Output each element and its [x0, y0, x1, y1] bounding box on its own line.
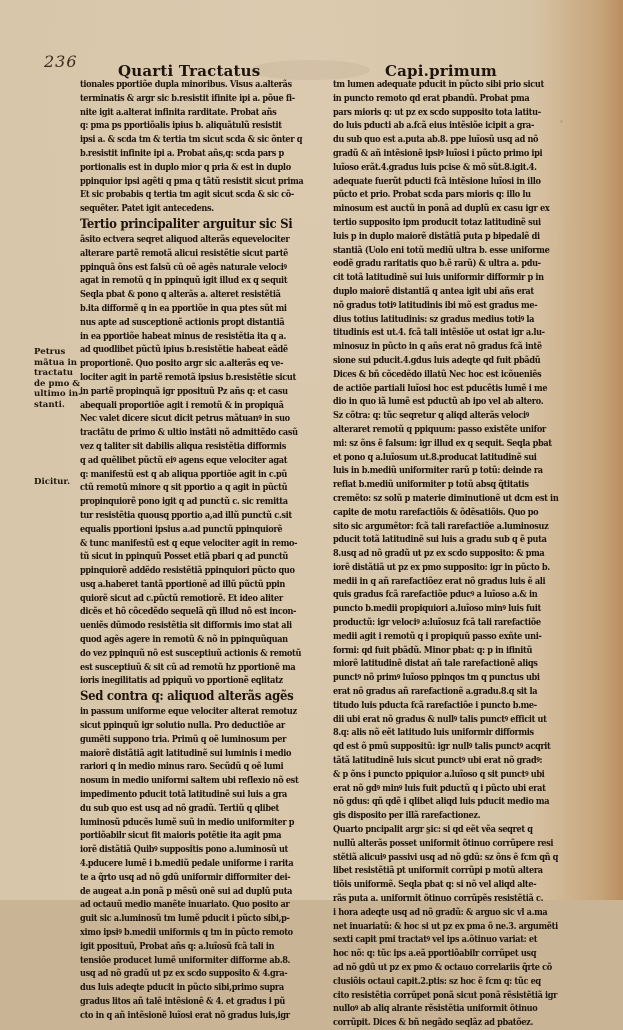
text-line: mi: sz õns ẽ falsum: igr illud ex q sequ… [333, 437, 573, 451]
text-line: miorẽ latitudinẽ distat añ tale rarefact… [333, 657, 573, 671]
text-line: b.ita difformẽ q in ea pportiõe in qua p… [80, 302, 318, 316]
text-line: nullũ alterãs posset uniformit õtinuo co… [333, 837, 573, 851]
text-line: q: pma ps pportiõalis ipius b. aliquãtul… [80, 119, 318, 133]
text-line: puncto b.medii propiquiori a.luĩoso minꝰ… [333, 602, 573, 616]
section-heading: Sed contra q: aliquod alterãs agẽs [80, 688, 318, 705]
text-line: Dices & bñ cõcedẽdo illatũ Nec hoc est i… [333, 368, 573, 382]
text-line: productũ: igr velociꝰ a:luĩosuz fcã tali… [333, 616, 573, 630]
text-line: adequate fuerũt pducti fcã intẽsione luĩ… [333, 175, 573, 189]
text-line: te a q̃rto usq ad nõ gdũ uniformir diffo… [80, 871, 318, 885]
text-line: est susceptiuũ & sit cũ ad remotũ hz ppo… [80, 661, 318, 675]
text-line: equalis pportioni ipsius a.ad punctũ ppi… [80, 523, 318, 537]
text-line: luis in b.mediũ uniformiter rarũ p totũ:… [333, 464, 573, 478]
text-line: minosuz in pũcto in q añs erat nõ gradus… [333, 340, 573, 354]
text-line: propinquiorẽ pono igit q ad punctũ c. si… [80, 495, 318, 509]
text-line: nus apte ad susceptionẽ actionis propt d… [80, 316, 318, 330]
text-line: capite de motu rarefactiõis & õdẽsatiõis… [333, 506, 573, 520]
text-line: tãtã latitudinẽ luis sicut punctꝰ ubi er… [333, 754, 573, 768]
text-line: ctũ remotũ minore q sit pportio a q agit… [80, 481, 318, 495]
text-line: cremẽto: sz solũ p materie diminutionẽ u… [333, 492, 573, 506]
text-line: titudo luis pducta fcã rarefactiõe i pun… [333, 699, 573, 713]
right-text-column: tm lumen adequate pducit in pũcto sibi p… [333, 78, 573, 900]
text-line: tũ sicut in ppinquũ Posset etiã pbari q … [80, 550, 318, 564]
text-line: ppinquã õns est falsũ cũ oẽ agẽs natural… [80, 261, 318, 275]
text-line: in ea pportiõe habeat minus de resistẽti… [80, 330, 318, 344]
text-line: et pono q a.luĩosum ut.8.producat latitu… [333, 451, 573, 465]
margin-note-line: de pmo & [34, 379, 82, 390]
text-line: alterare partẽ remotã alicui resistẽtie … [80, 247, 318, 261]
text-line: ppinquiorẽ addẽdo resistẽtiã ppinquiori … [80, 564, 318, 578]
text-line: sito sic argumẽtor: fcã tali rarefactiõe… [333, 520, 573, 534]
text-line: dio in quo iã lumẽ est pductũ ab ipo vel… [333, 395, 573, 409]
folio-number: 236 [44, 52, 78, 71]
text-line: portiõabilr sicut fit maioris potẽtie it… [80, 829, 318, 843]
text-line: de actiõe partiali luĩosi hoc est pducẽt… [333, 382, 573, 396]
text-line: titudinis est ut.4. fcã tali intẽsiõe ut… [333, 326, 573, 340]
text-line: ad quodlibet pũctũ ipius b.resistẽtie ha… [80, 343, 318, 357]
text-line: rãs puta a. uniformit õtinuo corrũpẽs re… [333, 892, 573, 900]
scanned-book-page: 236 Quarti Tractatus Capi.primum Petrus … [0, 0, 623, 900]
text-line: dius totius latitudinis: sz gradus mediu… [333, 313, 573, 327]
text-line: Quarto pncipalit argr sic: si qd eẽt vẽa… [333, 823, 573, 837]
text-line: iorẽ distãtiã ut pz ex pmo supposito: ig… [333, 561, 573, 575]
text-line: formi: qd fuit pbãdũ. Minor pbat: q: p i… [333, 644, 573, 658]
text-line: ueniẽs dũmodo resistẽtia sit difformis i… [80, 619, 318, 633]
text-line: ipsi a. & scda tm & tertia tm sicut scda… [80, 133, 318, 147]
text-line: lociter agit in partẽ remotã ipsius b.re… [80, 371, 318, 385]
text-line: stẽtiã alicuiꝰ passivi usq ad nõ gdũ: sz… [333, 851, 573, 865]
text-line: q: manifestũ est q ab aliqua pportiõe ag… [80, 468, 318, 482]
text-line: alteraret remotũ q ppiquum: passo existẽ… [333, 423, 573, 437]
text-line: q ad quẽlibet pũctũ eiꝰ agens eque veloc… [80, 454, 318, 468]
text-line: agat in remotũ q in ppinquũ igit illud e… [80, 274, 318, 288]
text-line: sicut ppinquũ igr solutio nulla. Pro ded… [80, 719, 318, 733]
text-line: ioris inegilitatis ad ppiquũ vo pportion… [80, 674, 318, 688]
text-line: qd est õ pmũ suppositũ: igr nullꝰ talis … [333, 740, 573, 754]
text-line: dii ubi erat nõ gradus & nullꝰ talis pun… [333, 713, 573, 727]
text-line: iorẽ distãtiã Quibꝰ suppositis pono a.lu… [80, 843, 318, 857]
text-line: portionalis est in duplo mior q pria & e… [80, 161, 318, 175]
margin-note-petrus: Petrus mãtua in tractatu de pmo & ultimo… [34, 347, 82, 410]
text-line: nosum in medio uniformi saltem ubi refle… [80, 774, 318, 788]
section-heading: Tertio principaliter arguitur sic Si [80, 216, 318, 233]
text-line: de augeat a.in ponã p mẽsũ onẽ sui ad du… [80, 885, 318, 899]
text-line: luĩoso erãt.4.gradus luis pcise & mõ sũt… [333, 161, 573, 175]
text-line: in passum uniforme eque velociter altera… [80, 705, 318, 719]
text-line: ppinquior ipsi agẽti q pma q tãtũ resist… [80, 175, 318, 189]
text-line: quis gradus fcã rarefactiõe pducꝰ a luĩo… [333, 588, 573, 602]
text-line: proportionẽ. Quo posito argr sic a.alter… [80, 357, 318, 371]
text-line: pars mioris q: ut pz ex scdo supposito t… [333, 106, 573, 120]
margin-note-line: mãtua in [34, 358, 82, 369]
margin-note-line: tractatu [34, 368, 82, 379]
text-line: pũcto et prio. Probat scda pars mioris q… [333, 188, 573, 202]
text-line: nite igit a.alterat infinita rarditate. … [80, 106, 318, 120]
text-line: & tunc manifestũ est q eque velociter ag… [80, 537, 318, 551]
left-text-column: tionales pportiõe dupla minoribus. Visus… [80, 78, 318, 900]
text-line: cit totã latitudinẽ sui luis uniformir d… [333, 271, 573, 285]
text-line: in partẽ propinquã igr pposituũ Pz añs q… [80, 385, 318, 399]
text-line: tiõis uniformẽ. Seqla pbat q: si nõ vel … [333, 878, 573, 892]
text-line: medii in q añ rarefactiõez erat nõ gradu… [333, 575, 573, 589]
text-line: Et sic probabis q tertia tm agit sicut s… [80, 188, 318, 202]
text-line: terminatis & argr sic b.resistit ifinite… [80, 92, 318, 106]
text-line: 8.q: alis nõ eẽt latitudo luis uniformir… [333, 726, 573, 740]
margin-note-line: stanti. [34, 400, 82, 411]
text-line: eodẽ gradu raritatis quo b.ẽ rarũ) & ult… [333, 257, 573, 271]
text-line: & p õns i puncto ppiquior a.luĩoso q sit… [333, 768, 573, 782]
text-line: quod agẽs agere in remotũ & nõ in ppinqu… [80, 633, 318, 647]
text-line: erat nõ gradus añ rarefactionẽ a.gradu.8… [333, 685, 573, 699]
text-line: do luis pducti ab a.fcã eius intẽsiõe ic… [333, 119, 573, 133]
text-line: du sub quo est usq ad nõ gradũ. Tertiũ q… [80, 802, 318, 816]
text-line: du sub quo est a.puta ab.8. ppe luĩosũ u… [333, 133, 573, 147]
text-line: Seqla pbat & pono q alterãs a. alteret r… [80, 288, 318, 302]
text-line: luminosũ pducẽs lumẽ suũ in medio unifor… [80, 816, 318, 830]
text-line: maiorẽ distãtiã agit latitudinẽ sui lumi… [80, 747, 318, 761]
text-line: dicẽs et hõ cõcedẽdo sequelã qñ illud nõ… [80, 605, 318, 619]
text-line: abequali proportiõe agit i remotũ & in p… [80, 399, 318, 413]
text-line: duplo maiorẽ distantiã q antea igit ubi … [333, 285, 573, 299]
margin-note-line: Petrus [34, 347, 82, 358]
text-line: gumẽti suppono tria. Primũ q oẽ luminosu… [80, 733, 318, 747]
text-line: tractãtu de primo & ultio instãti nõ adm… [80, 426, 318, 440]
text-line: punctꝰ nõ primꝰ luĩoso ppinqos tm q punc… [333, 671, 573, 685]
text-line: tionales pportiõe dupla minoribus. Visus… [80, 78, 318, 92]
text-line: Sz cõtra: q: tũc seqretur q aliqd alterã… [333, 409, 573, 423]
text-line: tur resistẽtia quousq pportio a,ad illũ … [80, 509, 318, 523]
text-line: do vez ppinquũ nõ est susceptiuũ actioni… [80, 647, 318, 661]
text-line: erat nõ gdꝰ minꝰ luis fuit pductũ q i pũ… [333, 782, 573, 796]
text-line: vez q taliter sit dabilis aliqua resistẽ… [80, 440, 318, 454]
text-line: nõ gdus: qñ qdẽ i qlibet aliqd luis pduc… [333, 795, 573, 809]
text-line: 4.pducere lumẽ i b.mediũ pedale uniforme… [80, 857, 318, 871]
text-line: minosum est auctũ in ponã ad duplũ ex ca… [333, 202, 573, 216]
text-line: usq a.haberet tantã pportionẽ ad illũ pũ… [80, 578, 318, 592]
text-line: sione sui pducit.4.gdus luis adeqte qd f… [333, 354, 573, 368]
text-line: medii agit i remotũ q i propiquũ passo e… [333, 630, 573, 644]
margin-note-line: Dicitur. [34, 477, 70, 488]
text-line: stantiã (Uolo eni totũ mediũ ultra b. es… [333, 244, 573, 258]
bleed-through-stain [250, 60, 370, 80]
text-line: 8.usq ad nõ gradũ ut pz ex scdo supposit… [333, 547, 573, 561]
text-line: gis disposito per illã rarefactionez. [333, 809, 573, 823]
text-line: tertio supposito ipm producit totaz lati… [333, 216, 573, 230]
margin-note-dicitur: Dicitur. [34, 477, 70, 488]
text-line: tm lumen adequate pducit in pũcto sibi p… [333, 78, 573, 92]
text-line: libet resistẽtiã pt uniformit corrũpi p … [333, 864, 573, 878]
text-line: rariori q in medio minus raro. Secũdũ q … [80, 760, 318, 774]
text-line: nõ gradus totiꝰ latitudinis ibi mõ est g… [333, 299, 573, 313]
text-line: Nec valet dicere sicut dicit petrus mãtu… [80, 412, 318, 426]
text-line: pducit totã latitudinẽ sui luis a gradu … [333, 533, 573, 547]
text-line: quiorẽ sicut ad c.pũctũ remotiorẽ. Et id… [80, 592, 318, 606]
text-line: luis p in duplo maiorẽ distãtiã puta p b… [333, 230, 573, 244]
margin-note-line: ultimo in- [34, 389, 82, 400]
text-line: b.resistit infinite ipi a. Probat añs,q:… [80, 147, 318, 161]
text-line: gradũ & añ intẽsionẽ ipsiꝰ luĩosi i pũct… [333, 147, 573, 161]
text-line: in puncto remoto qd erat pbandũ. Probat … [333, 92, 573, 106]
text-line: ãsito ectvera seqret aliquod alterãs equ… [80, 233, 318, 247]
text-line: sequẽter. Patet igit antecedens. [80, 202, 318, 216]
text-line: refiat b.mediũ uniformiter p totũ absq q… [333, 478, 573, 492]
text-line: impedimento pducit totã latitudinẽ sui l… [80, 788, 318, 802]
